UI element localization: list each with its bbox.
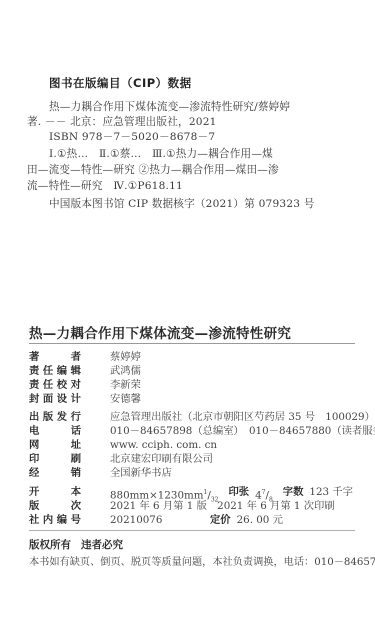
cip-heading: 图书在版编目（CIP）数据 <box>49 75 192 91</box>
pub-label: 电话 <box>29 425 81 438</box>
spec-label: 社内编号 <box>29 514 81 527</box>
credit-value: 武鸿儒 <box>110 365 141 378</box>
pub-printer: 印刷 北京建宏印刷有限公司 <box>29 453 213 466</box>
price-label: 定价 <box>210 514 231 527</box>
credit-label: 责任校对 <box>29 379 81 392</box>
sheets-value: 47/8 <box>255 486 273 499</box>
credit-label: 封面设计 <box>29 393 81 406</box>
pub-label: 经销 <box>29 467 81 480</box>
credit-value: 蔡婷婷 <box>110 351 141 364</box>
pub-phone: 电话 010－84657898（总编室） 010－84657880（读者服务部） <box>29 425 375 438</box>
sheets-label: 印张 <box>229 486 250 499</box>
spec-label: 开本 <box>29 486 81 499</box>
price-value: 26. 00 元 <box>237 514 283 527</box>
pub-value: 应急管理出版社（北京市朝阳区芍药居 35 号 100029） <box>110 411 375 424</box>
words-value: 123 千字 <box>309 486 353 499</box>
words-label: 字数 <box>283 486 304 499</box>
pub-label: 印刷 <box>29 453 81 466</box>
credit-author: 著者 蔡婷婷 <box>29 351 141 364</box>
credit-proofreader: 责任校对 李新荣 <box>29 379 141 392</box>
spec-format: 开本 880mm×1230mm1/32 印张 47/8 字数 123 千字 <box>29 486 353 499</box>
pub-label: 出版发行 <box>29 411 81 424</box>
pub-website: 网址 www. cciph. com. cn <box>29 439 217 452</box>
pub-value: 全国新华书店 <box>110 467 172 480</box>
title-divider <box>29 343 355 344</box>
credit-label: 责任编辑 <box>29 365 81 378</box>
rights-heading: 版权所有违者必究 <box>29 537 123 552</box>
pub-value: 北京建宏印刷有限公司 <box>110 453 213 466</box>
pub-label: 网址 <box>29 439 81 452</box>
spec-code: 社内编号 20210076 定价 26. 00 元 <box>29 514 283 527</box>
spec-label: 版次 <box>29 500 81 513</box>
rights-notice: 本书如有缺页、倒页、脱页等质量问题，本社负责调换，电话：010－84657880 <box>29 553 375 568</box>
cip-classification-3: 流—特性—研究 Ⅳ.①P618.11 <box>27 178 183 193</box>
spec-value: 880mm×1230mm1/32 <box>110 486 219 499</box>
cip-line-1: 热—力耦合作用下煤体流变—渗流特性研究/蔡婷婷 <box>49 99 290 114</box>
cip-isbn: ISBN 978－7－5020－8678－7 <box>49 129 215 144</box>
spec-value: 2021 年 6 月第 1 版 2021 年 6 月第 1 次印刷 <box>110 500 335 513</box>
pub-publisher: 出版发行 应急管理出版社（北京市朝阳区芍药居 35 号 100029） <box>29 411 375 424</box>
cip-line-2: 著. －－ 北京：应急管理出版社，2021 <box>27 114 217 129</box>
cip-classification-2: 田—流变—特性—研究 ②热力—耦合作用—煤田—渗 <box>27 162 279 177</box>
pub-distributor: 经销 全国新华书店 <box>29 467 172 480</box>
rights-divider <box>29 530 355 531</box>
cip-record-number: 中国版本图书馆 CIP 数据核字（2021）第 079323 号 <box>49 196 315 211</box>
pub-value: 010－84657898（总编室） 010－84657880（读者服务部） <box>110 425 375 438</box>
credit-label: 著者 <box>29 351 81 364</box>
book-title: 热—力耦合作用下煤体流变—渗流特性研究 <box>29 322 291 342</box>
credit-value: 安德馨 <box>110 393 141 406</box>
spec-edition: 版次 2021 年 6 月第 1 版 2021 年 6 月第 1 次印刷 <box>29 500 335 513</box>
cip-classification-1: Ⅰ.①热… Ⅱ.①蔡… Ⅲ.①热力—耦合作用—煤 <box>49 146 273 161</box>
credit-editor: 责任编辑 武鸿儒 <box>29 365 141 378</box>
credit-cover-design: 封面设计 安德馨 <box>29 393 141 406</box>
spec-value: 20210076 <box>110 514 210 527</box>
credit-value: 李新荣 <box>110 379 141 392</box>
pub-value: www. cciph. com. cn <box>110 439 217 452</box>
